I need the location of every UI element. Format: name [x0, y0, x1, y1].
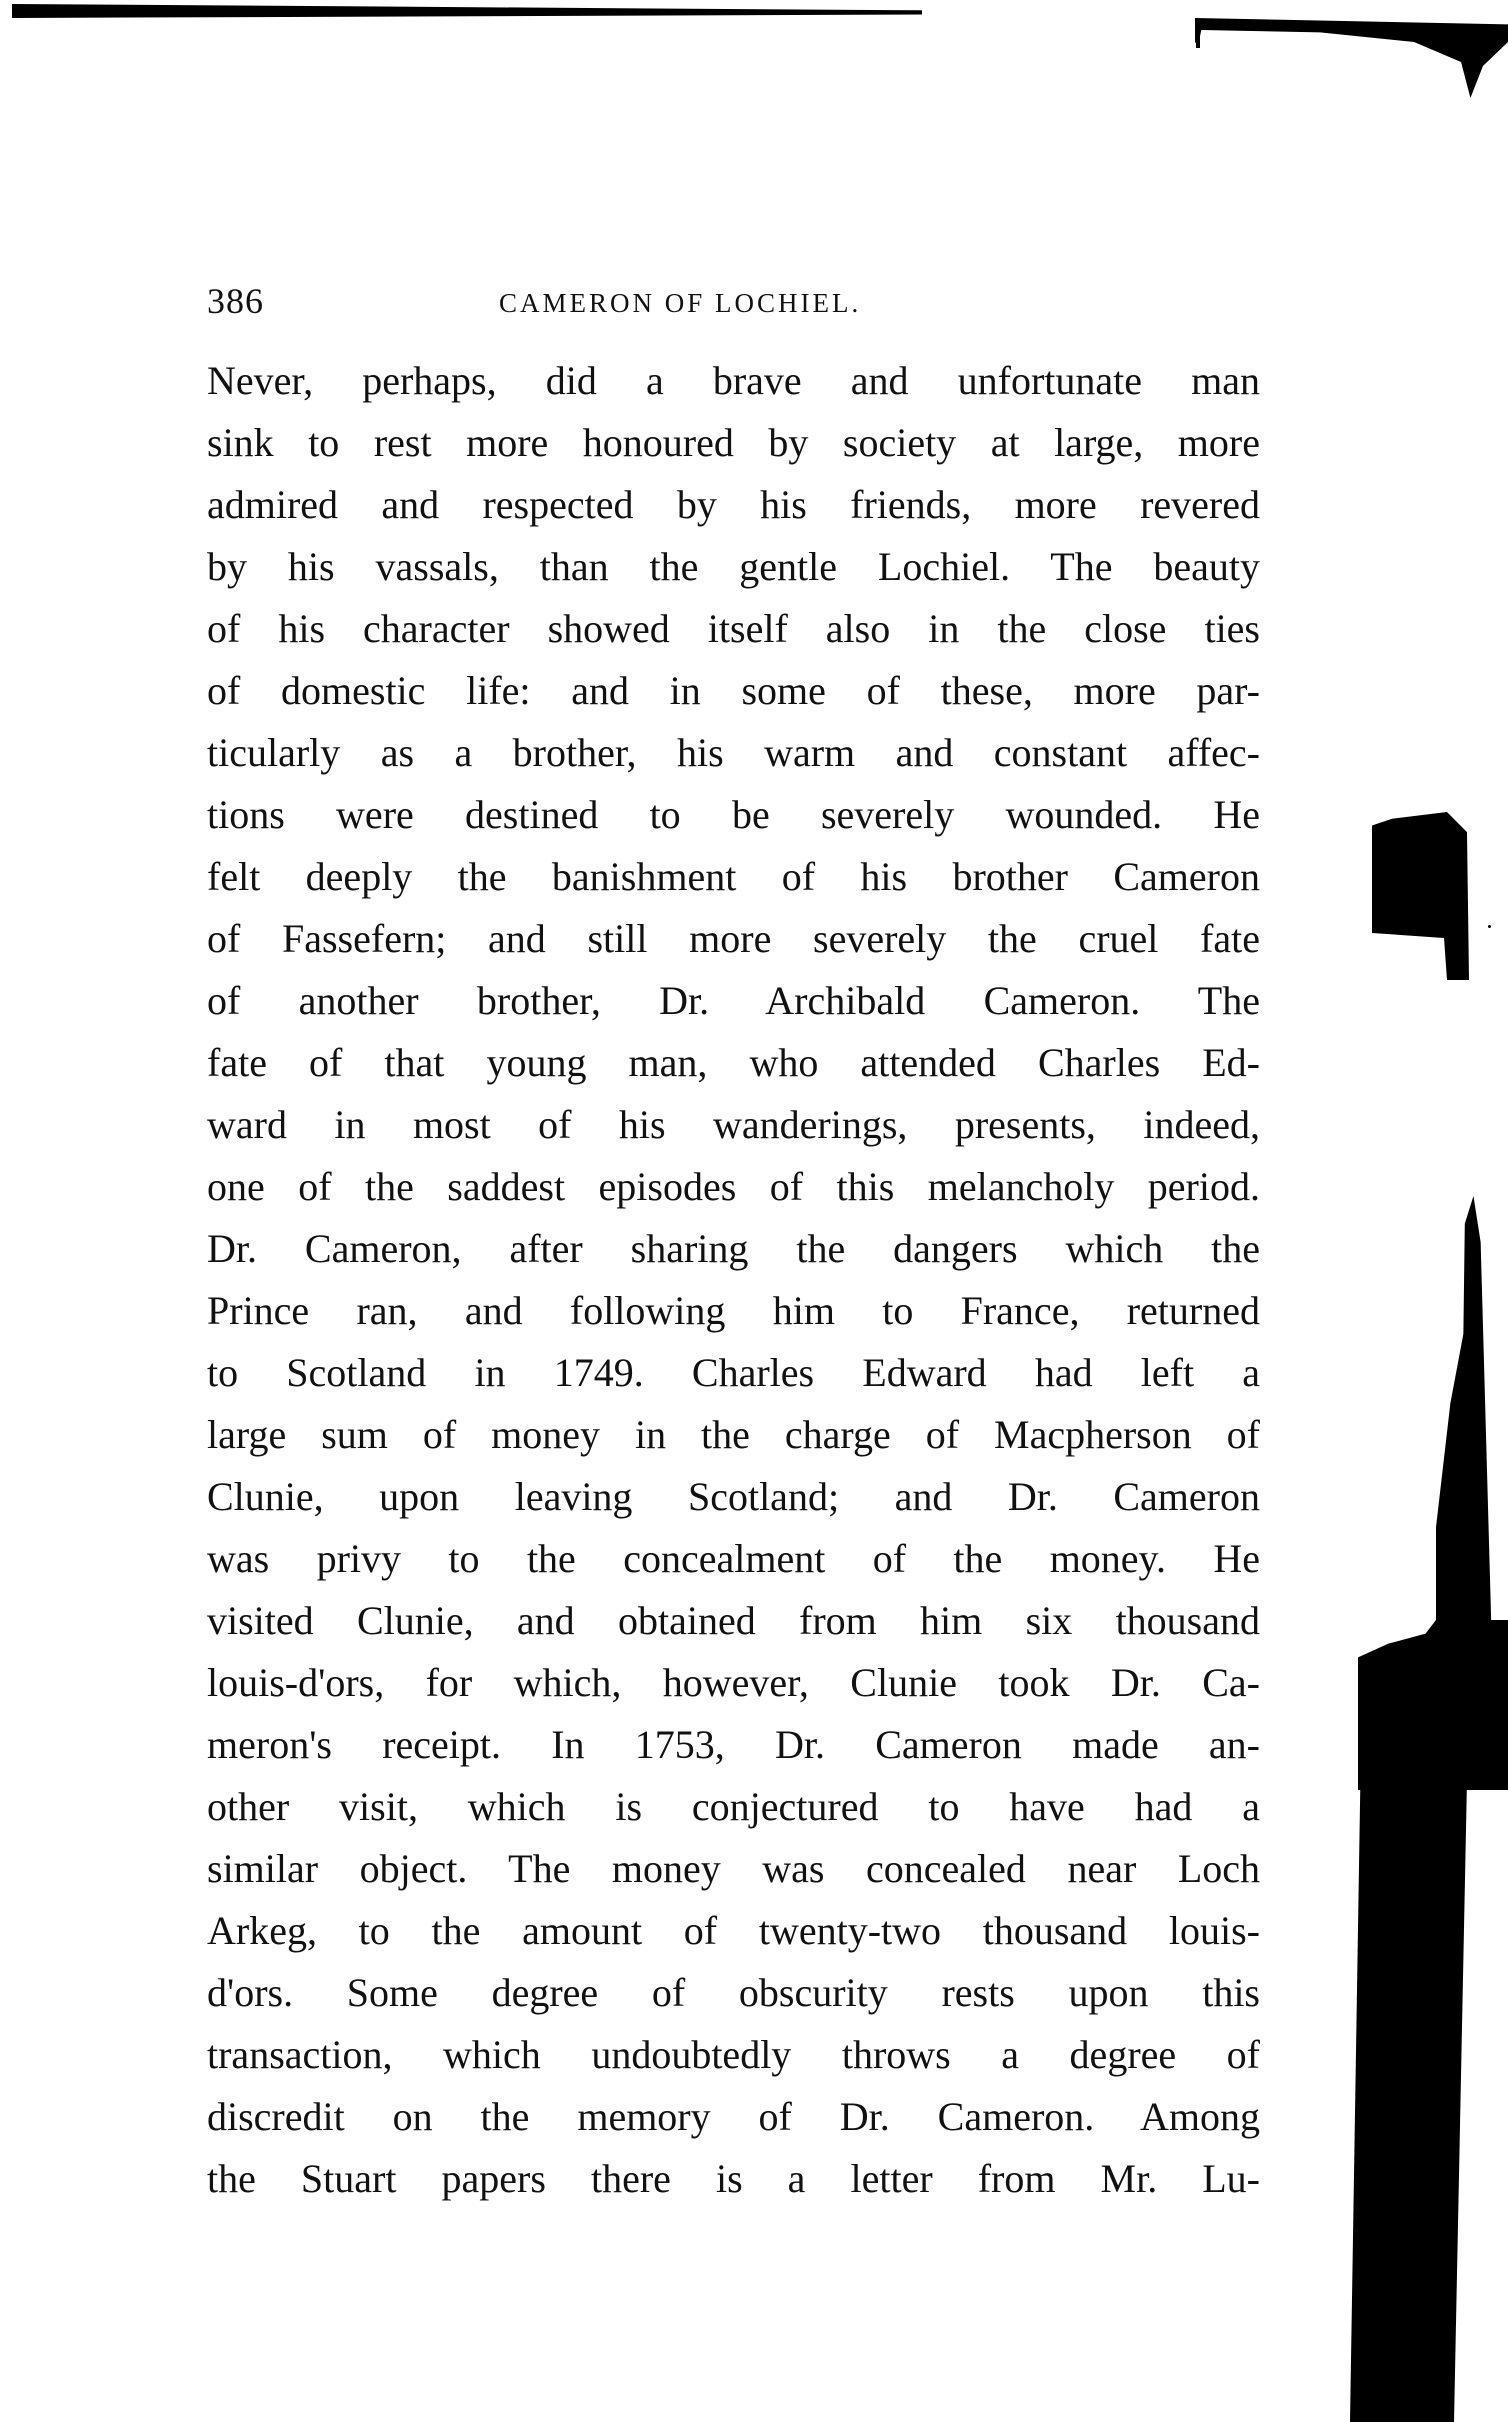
text-line: visited Clunie, and obtained from him si…: [207, 1590, 1260, 1652]
scan-margin-shadow-2: [1436, 1196, 1508, 1656]
scan-margin-shadow-4: [1350, 1780, 1480, 2422]
scan-edge-top-thin-rule: [300, 12, 920, 14]
text-line: of his character showed itself also in t…: [207, 598, 1260, 660]
scan-corner-stem: [1196, 20, 1200, 48]
text-line: Arkeg, to the amount of twenty-two thous…: [207, 1900, 1260, 1962]
text-line: Dr. Cameron, after sharing the dangers w…: [207, 1218, 1260, 1280]
text-line: fate of that young man, who attended Cha…: [207, 1032, 1260, 1094]
text-line: similar object. The money was concealed …: [207, 1838, 1260, 1900]
text-line: transaction, which undoubtedly throws a …: [207, 2024, 1260, 2086]
text-line: felt deeply the banishment of his brothe…: [207, 846, 1260, 908]
text-line: of domestic life: and in some of these, …: [207, 660, 1260, 722]
text-line: of another brother, Dr. Archibald Camero…: [207, 970, 1260, 1032]
text-line: of Fassefern; and still more severely th…: [207, 908, 1260, 970]
text-line: one of the saddest episodes of this mela…: [207, 1156, 1260, 1218]
running-title: CAMERON OF LOCHIEL.: [499, 288, 861, 319]
text-line: was privy to the concealment of the mone…: [207, 1528, 1260, 1590]
text-line: discredit on the memory of Dr. Cameron. …: [207, 2086, 1260, 2148]
text-line: tions were destined to be severely wound…: [207, 784, 1260, 846]
text-line: Clunie, upon leaving Scotland; and Dr. C…: [207, 1466, 1260, 1528]
body-text: Never, perhaps, did a brave and unfortun…: [207, 350, 1260, 2210]
text-line: louis-d'ors, for which, however, Clunie …: [207, 1652, 1260, 1714]
text-line: to Scotland in 1749. Charles Edward had …: [207, 1342, 1260, 1404]
text-line: by his vassals, than the gentle Lochiel.…: [207, 536, 1260, 598]
text-line: ticularly as a brother, his warm and con…: [207, 722, 1260, 784]
text-line: the Stuart papers there is a letter from…: [207, 2148, 1260, 2210]
book-page: 386 CAMERON OF LOCHIEL. Never, perhaps, …: [207, 280, 1260, 2210]
text-line: other visit, which is conjectured to hav…: [207, 1776, 1260, 1838]
text-line: sink to rest more honoured by society at…: [207, 412, 1260, 474]
text-line: large sum of money in the charge of Macp…: [207, 1404, 1260, 1466]
text-line: ward in most of his wanderings, presents…: [207, 1094, 1260, 1156]
scan-edge-top-rule: [12, 4, 922, 18]
scan-speck: [1488, 925, 1491, 928]
running-head: 386 CAMERON OF LOCHIEL.: [207, 280, 1260, 328]
text-line: Prince ran, and following him to France,…: [207, 1280, 1260, 1342]
text-line: meron's receipt. In 1753, Dr. Cameron ma…: [207, 1714, 1260, 1776]
text-line: d'ors. Some degree of obscurity rests up…: [207, 1962, 1260, 2024]
page-number: 386: [207, 280, 264, 322]
scan-margin-shadow-3: [1358, 1620, 1508, 1790]
scan-corner-shadow: [1195, 18, 1508, 98]
text-line: Never, perhaps, did a brave and unfortun…: [207, 350, 1260, 412]
text-line: admired and respected by his friends, mo…: [207, 474, 1260, 536]
scan-margin-shadow-1: [1372, 812, 1472, 980]
